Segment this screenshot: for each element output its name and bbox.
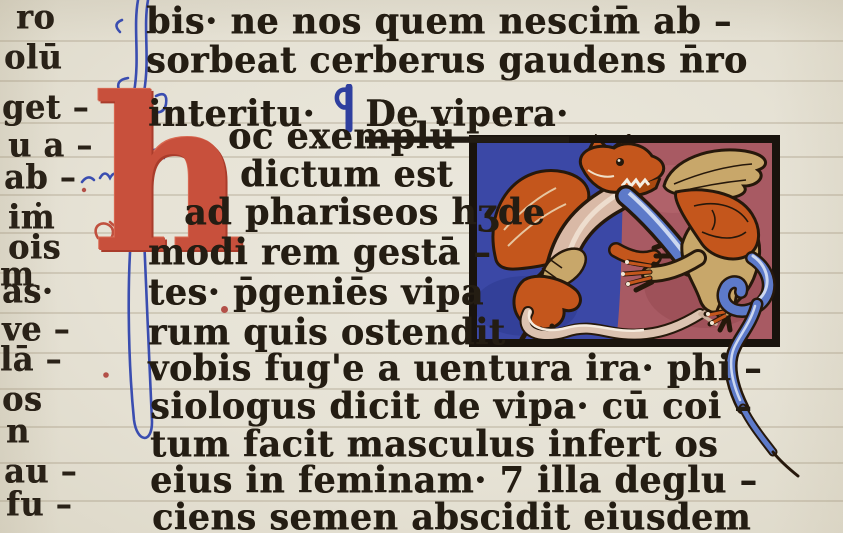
margin-fragment: olū [4,40,62,74]
text-line: oc exemplū [228,118,456,155]
text-line: tum facit masculus infert os [150,426,718,463]
text-line: vobis fug'e a uentura ira· phi – [148,350,762,387]
text-line: ciens semen abscidit eiusdem [152,499,751,533]
margin-fragment: fu – [6,487,72,521]
margin-fragment: au – [4,454,77,488]
text-line: eius in feminam· 7 illa deglu – [150,462,757,499]
text-line: dictum est [240,156,453,193]
text-line: sorbeat cerberus gaudens n̄ro [146,42,748,79]
text-line: modi rem gestā – [148,234,491,271]
text-line: siologus dicit de vipa· cū coi – [150,388,752,425]
text-line: bis· ne nos quem nescim̄ ab – [146,3,732,40]
margin-fragment: ro [16,0,55,34]
red-ink-dot [221,306,228,313]
manuscript-page: ro olū get – u a – ab – iṁ ois m as· ve … [0,0,843,533]
margin-fragment: ab – [4,160,76,194]
text-line: tes· p̄geniēs vipa [148,274,484,311]
margin-fragment: lā – [0,342,62,376]
margin-fragment: n [6,414,30,448]
text-line: ad phariseos hʒde [184,194,545,231]
margin-fragment: as· [2,274,53,308]
text-line: rum quis ostendit [148,314,506,351]
